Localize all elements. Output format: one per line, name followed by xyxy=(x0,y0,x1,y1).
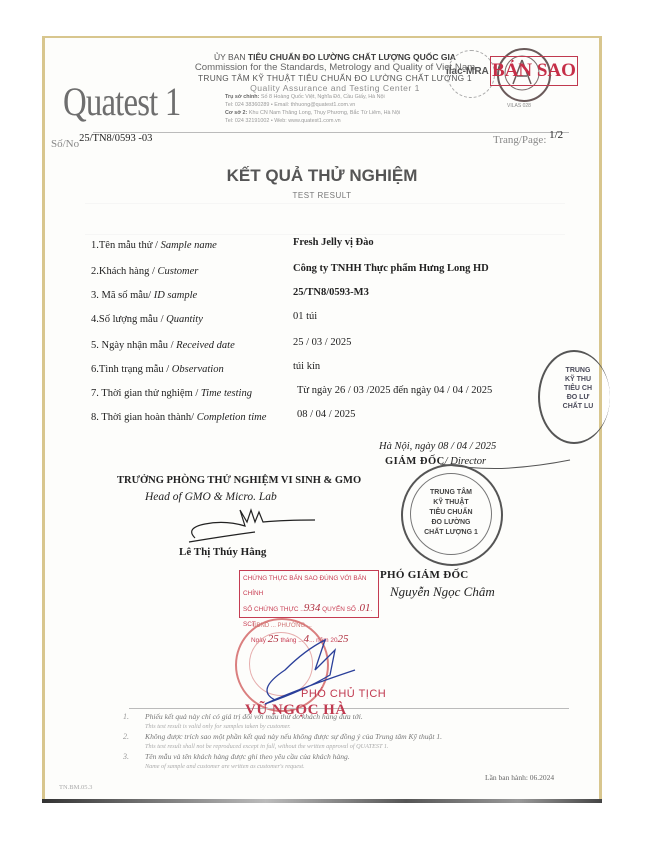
letterhead: ỦY BAN TIÊU CHUẨN ĐO LƯỜNG CHẤT LƯỢNG QU… xyxy=(185,52,485,125)
footer-divider xyxy=(129,708,569,709)
field-label: 8. Thời gian hoàn thành/ Completion time xyxy=(91,412,266,423)
org-line-1: ỦY BAN TIÊU CHUẨN ĐO LƯỜNG CHẤT LƯỢNG QU… xyxy=(185,52,485,62)
note-item: 3.Tên mẫu và tên khách hàng được ghi the… xyxy=(123,752,583,771)
document-number: Số/No25/TN8/0593 -03 xyxy=(51,138,152,150)
page-edge-shadow xyxy=(42,799,602,803)
director-signature-icon xyxy=(440,456,580,486)
copy-certification-stamp: CHỨNG THỰC BẢN SAO ĐÚNG VỚI BẢN CHÍNH SỐ… xyxy=(239,570,379,618)
lab-head-title: TRƯỞNG PHÒNG THỬ NGHIỆM VI SINH & GMO xyxy=(117,475,361,486)
header-divider xyxy=(93,132,569,133)
notes-list: 1.Phiếu kết quả này chỉ có giá trị đối v… xyxy=(123,712,583,772)
vice-director-name: Nguyễn Ngọc Châm xyxy=(390,584,495,600)
note-item: 1.Phiếu kết quả này chỉ có giá trị đối v… xyxy=(123,712,583,731)
issue-date: Lần ban hành: 06.2024 xyxy=(485,773,554,782)
field-value: Từ ngày 26 / 03 /2025 đến ngày 04 / 04 /… xyxy=(297,385,492,396)
field-value: 08 / 04 / 2025 xyxy=(297,409,355,420)
field-label: 3. Mã số mẫu/ ID sample xyxy=(91,290,197,301)
copy-stamp: BẢN SAO xyxy=(490,56,578,86)
field-value: 01 túi xyxy=(293,311,317,322)
field-label: 4.Số lượng mẫu / Quantity xyxy=(91,314,203,325)
hq-contact: Tel: 024 38360289 • Email: thhuong@quate… xyxy=(185,101,485,109)
vice-director-title: PHÓ GIÁM ĐỐC xyxy=(380,569,469,581)
org-line-2: Commission for the Standards, Metrology … xyxy=(185,62,485,73)
field-value: túi kín xyxy=(293,361,320,372)
lab-head-name: Lê Thị Thúy Hằng xyxy=(179,546,266,558)
field-value: Công ty TNHH Thực phẩm Hưng Long HD xyxy=(293,263,489,274)
note-item: 2.Không được trích sao một phần kết quả … xyxy=(123,732,583,751)
org-line-3: TRUNG TÂM KỸ THUẬT TIÊU CHUẨN ĐO LƯỜNG C… xyxy=(185,73,485,83)
quatest-logo: Quatest 1 xyxy=(63,78,180,125)
place-date: Hà Nội, ngày 08 / 04 / 2025 xyxy=(379,441,496,452)
form-code: TN.BM.05.3 xyxy=(59,784,92,791)
org-line-4: Quality Assurance and Testing Center 1 xyxy=(185,83,485,93)
side-seal-stamp: TRUNGKỸ THUTIÊU CHĐO LƯCHẤT LU xyxy=(538,350,610,444)
vilas-code: VILAS 028 xyxy=(507,103,531,109)
field-label: 5. Ngày nhận mẫu / Received date xyxy=(91,340,235,351)
field-label: 6.Tình trạng mẫu / Observation xyxy=(91,364,224,375)
lab-head-signature-icon xyxy=(185,508,325,548)
field-value: Fresh Jelly vị Đào xyxy=(293,237,374,248)
document-subtitle: TEST RESULT xyxy=(45,191,599,200)
field-value: 25 / 03 / 2025 xyxy=(293,337,351,348)
field-value: 25/TN8/0593-M3 xyxy=(293,287,369,298)
bleed-through-table xyxy=(85,203,565,235)
lab-head-title-en: Head of GMO & Micro. Lab xyxy=(145,491,277,503)
official-title: PHÓ CHỦ TỊCH xyxy=(301,688,386,700)
field-label: 7. Thời gian thử nghiệm / Time testing xyxy=(91,388,252,399)
branch-contact: Tel: 024 32191002 • Web: www.quatest1.co… xyxy=(185,117,485,125)
document-page: Quatest 1 ỦY BAN TIÊU CHUẨN ĐO LƯỜNG CHẤ… xyxy=(42,36,602,801)
page-number: Trang/Page: 1/2 xyxy=(493,134,563,146)
hq-address: Trụ sở chính: Số 8 Hoàng Quốc Việt, Nghĩ… xyxy=(185,93,485,101)
field-label: 2.Khách hàng / Customer xyxy=(91,266,198,277)
ilac-mra-mark-icon: ilac-MRA xyxy=(447,50,495,98)
branch-address: Cơ sở 2: Khu CN Nam Thăng Long, Thụy Phư… xyxy=(185,109,485,117)
field-label: 1.Tên mẫu thử / Sample name xyxy=(91,240,217,251)
document-title: KẾT QUẢ THỬ NGHIỆM xyxy=(45,166,599,186)
